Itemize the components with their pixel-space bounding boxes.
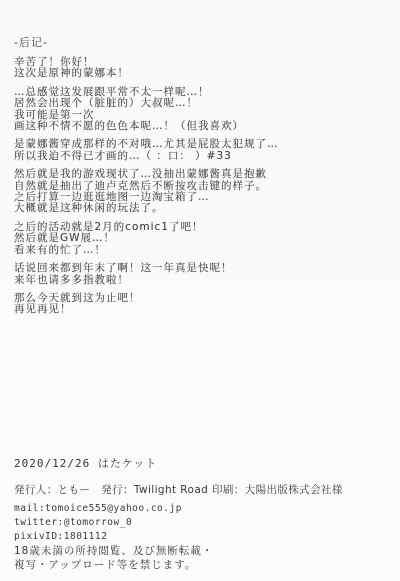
- afterword-paragraphs: 辛苦了！你好！这次是原神的蒙娜本！…总感觉这发展跟平常不太一样呢…！居然会出现个…: [14, 57, 389, 316]
- contact-line: twitter:@tomorrow_0: [14, 516, 394, 530]
- afterword-line: 然后就是我的游戏现状了…没抽出蒙娜酱真是抱歉: [14, 169, 389, 180]
- contact-line: mail:tomoice555@yahoo.co.jp: [14, 502, 394, 516]
- afterword-title: -后记-: [14, 34, 389, 50]
- afterword-line: 再见再见！: [14, 304, 389, 315]
- afterword-paragraph: …总感觉这发展跟平常不太一样呢…！居然会出现个（脏脏的）大叔呢…！我可能是第一次…: [14, 87, 389, 133]
- afterword-line: 画这种不情不愿的色色本呢…！（但我喜欢）: [14, 121, 389, 132]
- afterword-paragraph: 辛苦了！你好！这次是原神的蒙娜本！: [14, 57, 389, 80]
- contact-lines: mail:tomoice555@yahoo.co.jptwitter:@tomo…: [14, 502, 394, 544]
- afterword-paragraph: 之后的活动就是2月的comic1了吧！然后就是GW展…！看来有的忙了…！: [14, 222, 389, 256]
- afterword-paragraph: 然后就是我的游戏现状了…没抽出蒙娜酱真是抱歉自然就是抽出了迪卢克然后不断按攻击键…: [14, 169, 389, 215]
- afterword-paragraph: 那么今天就到这为止吧！再见再见！: [14, 293, 389, 316]
- copyright-warning: 18歳未満の所持閲覧、及び無断転載・複写・アップロード等を禁じます。: [14, 544, 394, 572]
- afterword-page: -后记- 辛苦了！你好！这次是原神的蒙娜本！…总感觉这发展跟平常不太一样呢…！居…: [0, 0, 400, 581]
- afterword-line: 看来有的忙了…！: [14, 245, 389, 256]
- publisher-line: 発行人：ともー 発行：Twilight Road 印刷：大陽出版株式会社様: [14, 482, 394, 497]
- afterword-line: 居然会出现个（脏脏的）大叔呢…！: [14, 98, 389, 109]
- afterword-line: 这次是原神的蒙娜本！: [14, 68, 389, 79]
- afterword-paragraph: 是蒙娜酱穿成那样的不对哦…尤其是屁股太犯规了…所以我迫不得已才画的…（ ：口： …: [14, 139, 389, 162]
- afterword-body: -后记- 辛苦了！你好！这次是原神的蒙娜本！…总感觉这发展跟平常不太一样呢…！居…: [14, 34, 389, 323]
- afterword-line: 所以我迫不得已才画的…（ ：口： ）#33: [14, 151, 389, 162]
- warning-line: 複写・アップロード等を禁じます。: [14, 558, 394, 572]
- afterword-line: 话说回来都到年末了啊！这一年真是快呢！: [14, 263, 389, 274]
- event-date-line: 2020/12/26 はたケット: [14, 455, 394, 471]
- contact-line: pixivID:1801112: [14, 530, 394, 544]
- colophon: 2020/12/26 はたケット 発行人：ともー 発行：Twilight Roa…: [14, 455, 394, 572]
- afterword-line: 大概就是这种休闲的玩法了。: [14, 203, 389, 214]
- afterword-paragraph: 话说回来都到年末了啊！这一年真是快呢！来年也请多多指教啦！: [14, 263, 389, 286]
- afterword-line: 然后就是GW展…！: [14, 233, 389, 244]
- warning-line: 18歳未満の所持閲覧、及び無断転載・: [14, 544, 394, 558]
- afterword-line: 来年也请多多指教啦！: [14, 275, 389, 286]
